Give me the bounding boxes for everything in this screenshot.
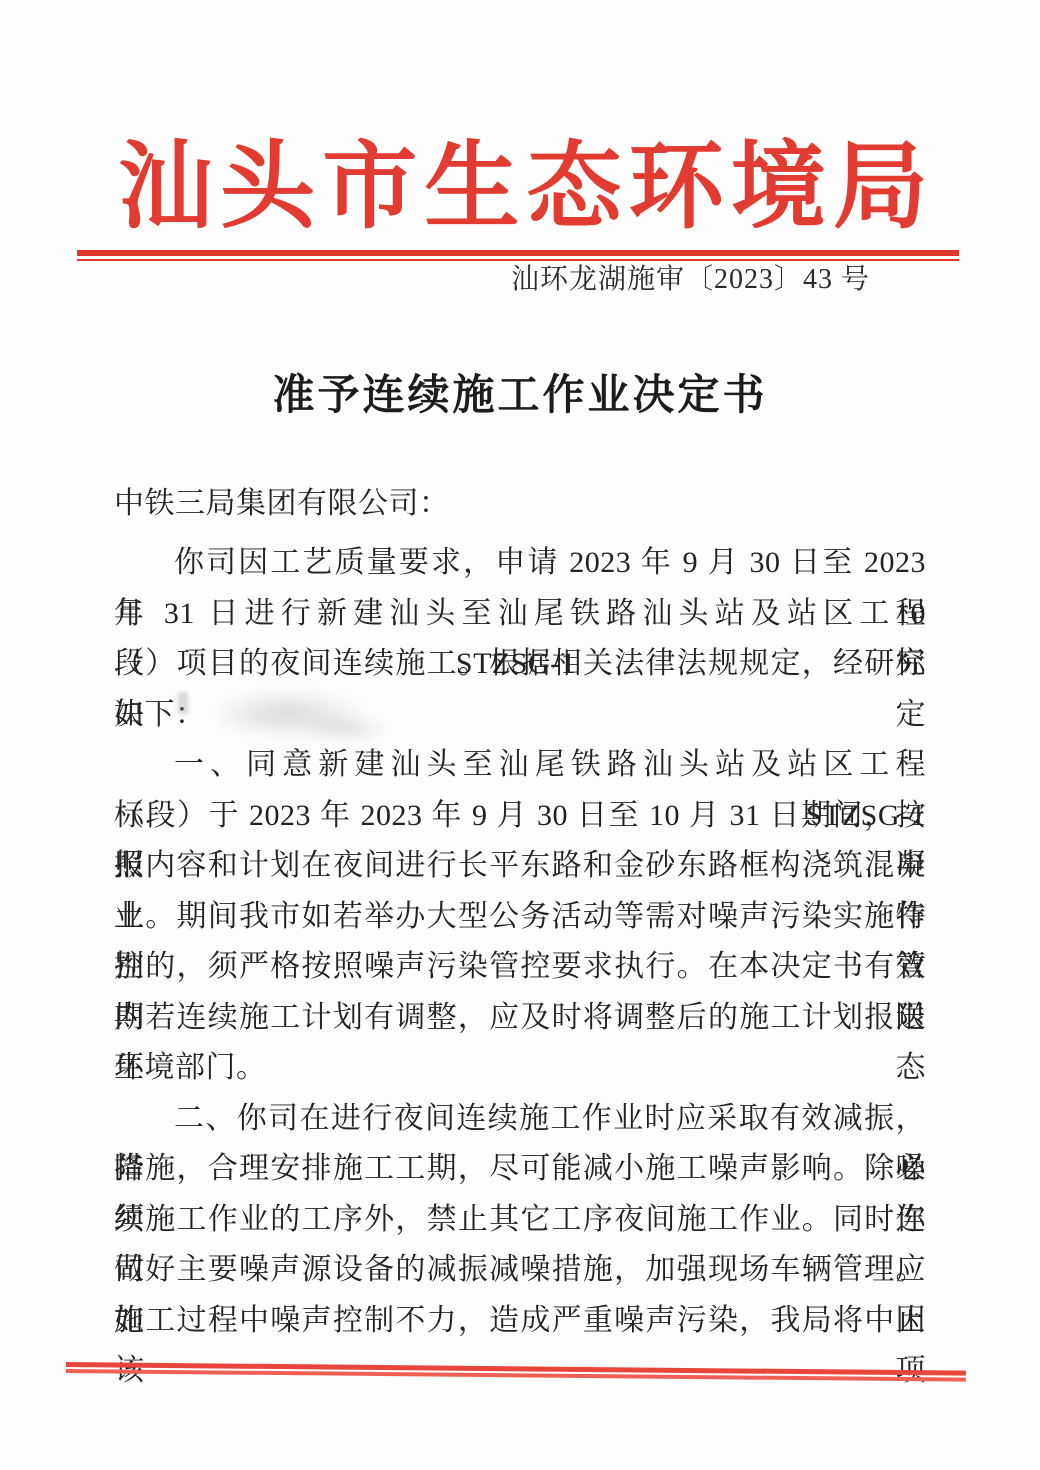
document-number: 汕环龙湖施审〔2023〕43 号 <box>511 260 870 300</box>
body-line-3: 段）项目的夜间连续施工。根据相关法律法规规定，经研究决定 <box>114 639 926 690</box>
document-page: 汕头市生态环境局 汕环龙湖施审〔2023〕43 号 准予连续施工作业决定书 中铁… <box>0 0 1040 1470</box>
body-line-6: 标段）于 2023 年 2023 年 9 月 30 日至 10 月 31 日期间… <box>114 791 926 842</box>
body-line-12: 二、你司在进行夜间连续施工作业时应采取有效减振，降噪 <box>114 1094 926 1145</box>
body-line-8: 业。期间我市如若举办大型公务活动等需对噪声污染实施特别管 <box>114 892 926 943</box>
body-line-13: 措施，合理安排施工工期，尽可能减小施工噪声影响。除必须连 <box>114 1144 926 1195</box>
body-line-15: 做好主要噪声源设备的减振减噪措施，加强现场车辆管理。如因 <box>114 1245 926 1296</box>
recipient-salutation: 中铁三局集团有限公司： <box>114 482 926 526</box>
agency-letterhead-title: 汕头市生态环境局 <box>118 140 928 235</box>
body-line-10: 内若连续施工计划有调整，应及时将调整后的施工计划报送生态 <box>114 993 926 1044</box>
body-line-2: 月 31 日进行新建汕头至汕尾铁路汕头站及站区工程（STZSG-1 标 <box>114 589 926 640</box>
body-line-9: 控的，须严格按照噪声污染管控要求执行。在本决定书有效期限 <box>114 942 926 993</box>
body-line-7: 报内容和计划在夜间进行长平东路和金砂东路框构浇筑混凝土作 <box>114 841 926 892</box>
body-line-1: 你司因工艺质量要求，申请 2023 年 9 月 30 日至 2023 年 10 <box>114 538 926 589</box>
body-line-5: 一、同意新建汕头至汕尾铁路汕头站及站区工程（STZSG-1 <box>114 740 926 791</box>
body-line-14: 续施工作业的工序外，禁止其它工序夜间施工作业。同时你司应 <box>114 1195 926 1246</box>
document-title: 准予连续施工作业决定书 <box>0 362 1040 422</box>
body-line-16: 施工过程中噪声控制不力，造成严重噪声污染，我局将中止该项 <box>114 1296 926 1347</box>
document-body: 中铁三局集团有限公司： 你司因工艺质量要求，申请 2023 年 9 月 30 日… <box>114 482 926 1346</box>
